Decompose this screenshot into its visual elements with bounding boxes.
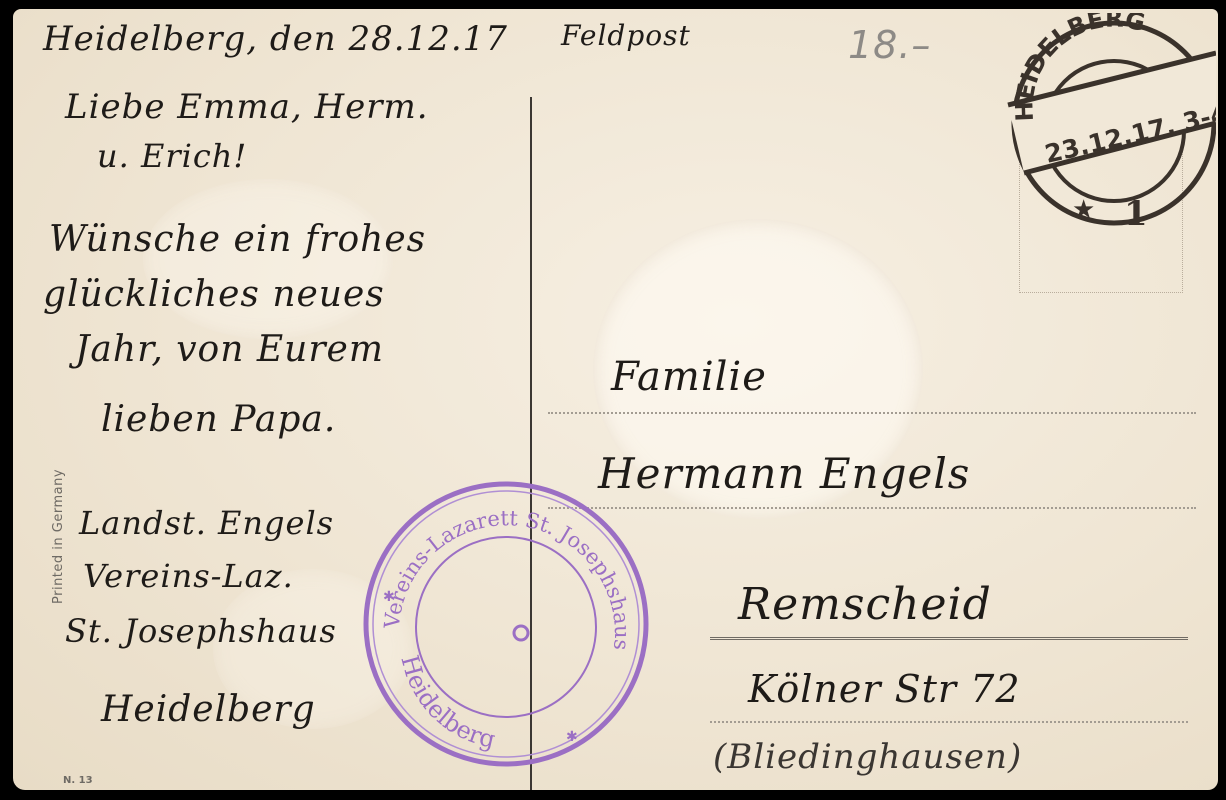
card-number: N. 13	[63, 775, 93, 786]
stamp-asterisk-icon: ✱	[566, 729, 578, 745]
recipient-street: Kölner Str 72	[748, 667, 1021, 711]
postmark-star: ★	[1072, 195, 1095, 225]
stamp-asterisk-icon: ✱	[383, 589, 395, 605]
recipient-line: Familie	[611, 354, 767, 400]
address-rule	[548, 412, 1196, 414]
recipient-line: Hermann Engels	[598, 449, 970, 498]
feldpost-mark: Feldpost	[561, 19, 691, 52]
address-rule	[710, 721, 1188, 723]
heidelberg-postmark: HEIDELBERG 23.12.17. 3-4N ★ 1	[1004, 13, 1216, 231]
postmark-office-number: 1	[1124, 194, 1148, 231]
recipient-city: Remscheid	[738, 579, 992, 630]
sender-line: Vereins-Laz.	[83, 557, 294, 595]
hospital-stamp: Vereins-Lazarett St. Josephshaus Heidelb…	[361, 479, 651, 769]
address-rule-city	[710, 637, 1188, 640]
sender-line: St. Josephshaus	[65, 612, 337, 650]
postcard: Heidelberg, den 28.12.17 Feldpost 18.– L…	[13, 9, 1218, 790]
recipient-district: (Bliedinghausen)	[713, 737, 1022, 777]
message-line: Jahr, von Eurem	[75, 329, 384, 370]
sender-line: Landst. Engels	[79, 504, 334, 542]
message-line: lieben Papa.	[101, 399, 336, 440]
price-note: 18.–	[848, 23, 931, 67]
greeting-line-2: u. Erich!	[97, 137, 247, 175]
greeting-line-1: Liebe Emma, Herm.	[65, 87, 429, 127]
printed-in-germany: Printed in Germany	[51, 469, 66, 604]
hospital-stamp-bottom-text: Heidelberg	[395, 652, 497, 754]
message-line: Wünsche ein frohes	[49, 219, 426, 260]
svg-text:Heidelberg: Heidelberg	[395, 652, 497, 754]
place-date: Heidelberg, den 28.12.17	[43, 19, 508, 59]
sender-line: Heidelberg	[101, 689, 316, 730]
message-line: glückliches neues	[43, 274, 385, 315]
